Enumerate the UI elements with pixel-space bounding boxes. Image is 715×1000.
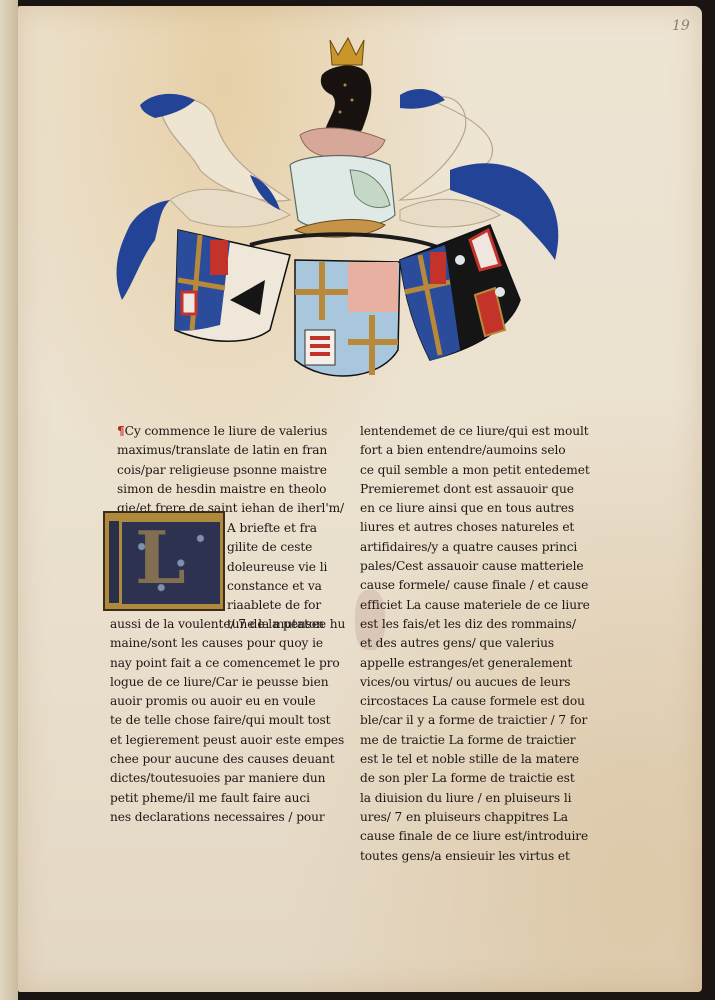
text-line: ce quil semble a mon petit entedemet — [360, 461, 590, 480]
text-line: en ce liure ainsi que en tous autres — [360, 499, 590, 518]
text-line: nes declarations necessaires / pour — [110, 808, 345, 827]
center-shield-icon — [295, 260, 400, 376]
heading-line: maximus/translate de latin en fran — [117, 441, 344, 460]
coat-of-arms-illustration — [100, 30, 600, 400]
text-line: toutes gens/a ensieuir les virtus et — [360, 847, 590, 866]
text-line: la diuision du liure / en pluiseurs li — [360, 789, 590, 808]
heading-line: ¶Cy commence le liure de valerius — [117, 422, 344, 441]
text-line: auoir promis ou auoir eu en voule — [110, 692, 345, 711]
heading-line: simon de hesdin maistre en theolo — [117, 480, 344, 499]
text-line: artifidaires/y a quatre causes princi — [360, 538, 590, 557]
text-line: chee pour aucune des causes deuant — [110, 750, 345, 769]
text-line: maine/sont les causes pour quoy ie — [110, 634, 345, 653]
heading-line: cois/par religieuse psonne maistre — [117, 461, 344, 480]
text-line: te de telle chose faire/qui moult tost — [110, 711, 345, 730]
initial-letter: L — [135, 515, 186, 600]
pilcrow-mark: ¶ — [117, 424, 125, 438]
text-line: de son pler La forme de traictie est — [360, 769, 590, 788]
left-shield-icon — [175, 230, 290, 341]
text-line: dictes/toutesuoies par maniere dun — [110, 769, 345, 788]
text-line: circostaces La cause formele est dou — [360, 692, 590, 711]
text-line: Premieremet dont est assauoir que — [360, 480, 590, 499]
text-line: cause finale de ce liure est/introduire — [360, 827, 590, 846]
text-line: pales/Cest assauoir cause matteriele — [360, 557, 590, 576]
text-line: riaablete de for — [227, 596, 327, 615]
left-body-text: aussi de la voulente/ 7 de la pensee hu … — [110, 615, 345, 827]
text-line: petit pheme/il me fault faire auci — [110, 789, 345, 808]
text-line: me de traictie La forme de traictier — [360, 731, 590, 750]
illuminated-initial: L — [103, 511, 225, 611]
crest-beast-icon — [300, 38, 385, 158]
text-line: appelle estranges/et generalement — [360, 654, 590, 673]
text-line: ble/car il y a forme de traictier / 7 fo… — [360, 711, 590, 730]
text-line: ures/ 7 en pluiseurs chappitres La — [360, 808, 590, 827]
text-line: est les fais/et les diz des rommains/ — [360, 615, 590, 634]
text-line: liures et autres choses natureles et — [360, 518, 590, 537]
text-line: cause formele/ cause finale / et cause — [360, 576, 590, 595]
helm-icon — [250, 156, 445, 250]
right-text-column: lentendemet de ce liure/qui est moult fo… — [360, 422, 590, 866]
text-line: et legierement peust auoir este empes — [110, 731, 345, 750]
text-line: vices/ou virtus/ ou aucues de leurs — [360, 673, 590, 692]
text-line: aussi de la voulente/ 7 de la pensee hu — [110, 615, 345, 634]
text-line: lentendemet de ce liure/qui est moult — [360, 422, 590, 441]
text-line: est le tel et noble stille de la matere — [360, 750, 590, 769]
text-line: nay point fait a ce comencemet le pro — [110, 654, 345, 673]
text-line: efficiet La cause materiele de ce liure — [360, 596, 590, 615]
text-line: A briefte et fra — [227, 519, 327, 538]
text-line: logue de ce liure/Car ie peusse bien — [110, 673, 345, 692]
left-text-column: ¶Cy commence le liure de valerius maximu… — [117, 422, 344, 518]
text-line: doleureuse vie li — [227, 558, 327, 577]
text-line: gilite de ceste — [227, 538, 327, 557]
folio-number: 19 — [672, 18, 690, 34]
text-line: fort a bien entendre/aumoins selo — [360, 441, 590, 460]
right-shield-icon — [400, 225, 520, 360]
text-line: et des autres gens/ que valerius — [360, 634, 590, 653]
text-line: constance et va — [227, 577, 327, 596]
initial-border-bar — [109, 521, 119, 603]
page-gutter-edge — [0, 0, 18, 1000]
